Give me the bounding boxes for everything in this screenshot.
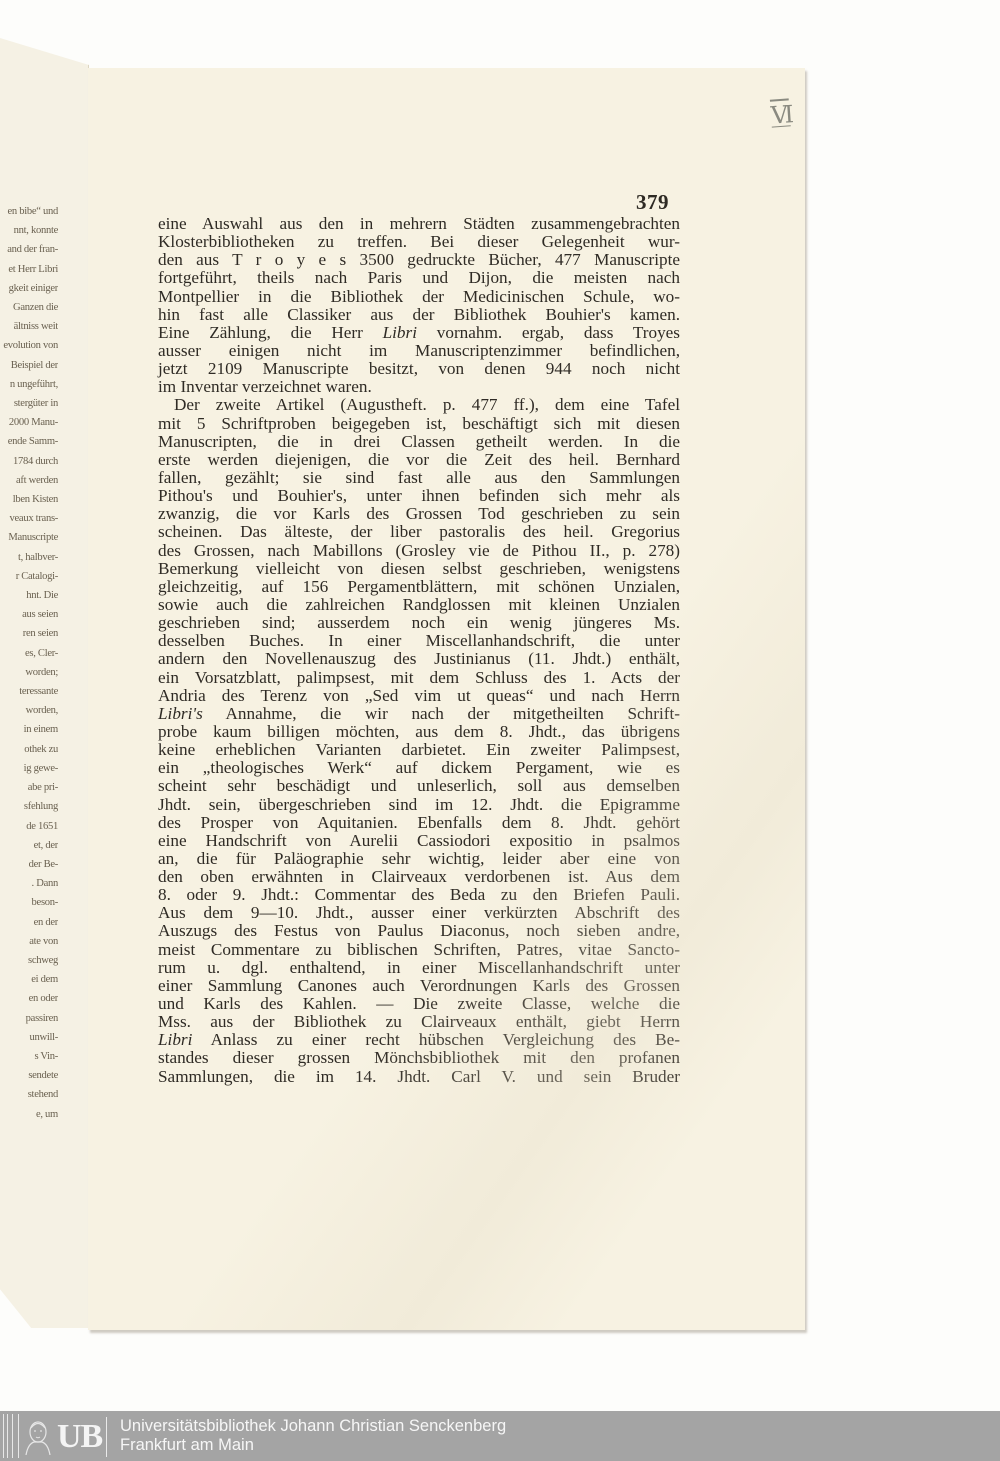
goethe-portrait-icon <box>24 1419 52 1455</box>
text-line: einer Sammlung Canones auch Verordnungen… <box>158 977 680 995</box>
facing-page-line: Manuscripte <box>0 528 58 547</box>
document-page: VI 379 eine Auswahl aus den in mehrern S… <box>88 68 805 1330</box>
text-line: geschrieben sind; ausserdem noch ein wen… <box>158 614 680 632</box>
text-line: ausser einigen nicht im Manuscriptenzimm… <box>158 342 680 360</box>
text-line: Andria des Terenz von „Sed vim ut queas“… <box>158 687 680 705</box>
facing-page-text-fragments: en bibe“ undnnt, konnteand der fran-et H… <box>0 202 58 1124</box>
facing-page-line: ren seien <box>0 624 58 643</box>
text-line: den oben erwähnten in Clairveaux verdorb… <box>158 868 680 886</box>
facing-page-line: 2000 Manu- <box>0 413 58 432</box>
text-line: Montpellier in die Bibliothek der Medici… <box>158 288 680 306</box>
text-line: ein „theologisches Werk“ auf dickem Perg… <box>158 759 680 777</box>
facing-page-line: . Dann <box>0 874 58 893</box>
italic-name: Libri <box>383 323 417 342</box>
facing-page-line: es, Cler- <box>0 644 58 663</box>
text-line: fortgeführt, theils nach Paris und Dijon… <box>158 269 680 287</box>
facing-page-line: othek zu <box>0 740 58 759</box>
facing-page-line: passiren <box>0 1009 58 1028</box>
text-line: Libri's Annahme, die wir nach der mitget… <box>158 705 680 723</box>
facing-page-line: t, halbver- <box>0 548 58 567</box>
facing-page-line: aus seien <box>0 605 58 624</box>
text-line: probe kaum billigen möchten, aus dem 8. … <box>158 723 680 741</box>
library-logo[interactable]: UB <box>0 1411 108 1461</box>
facing-page-line: ende Samm- <box>0 432 58 451</box>
facing-page-line: stehend <box>0 1085 58 1104</box>
text-line: und Karls des Kahlen. — Die zweite Class… <box>158 995 680 1013</box>
text-line: des Prosper von Aquitanien. Ebenfalls de… <box>158 814 680 832</box>
facing-page-line: aft werden <box>0 471 58 490</box>
facing-page-line: en oder <box>0 989 58 1008</box>
facing-page-line: et Herr Libri <box>0 260 58 279</box>
facing-page-line: r Catalogi- <box>0 567 58 586</box>
text-line: Mss. aus der Bibliothek zu Clairveaux en… <box>158 1013 680 1031</box>
facing-page-line: ate von <box>0 932 58 951</box>
facing-page-left: en bibe“ undnnt, konnteand der fran-et H… <box>0 38 89 1328</box>
facing-page-line: n ungeführt, <box>0 375 58 394</box>
facing-page-line: sfehlung <box>0 797 58 816</box>
text-line: Klosterbibliotheken zu treffen. Bei dies… <box>158 233 680 251</box>
facing-page-line: Beispiel der <box>0 356 58 375</box>
text-line: Auszugs des Festus von Paulus Diaconus, … <box>158 922 680 940</box>
text-line: Pithou's und Bouhier's, unter ihnen befi… <box>158 487 680 505</box>
facing-page-line: Ganzen die <box>0 298 58 317</box>
text-line: rum u. dgl. enthaltend, in einer Miscell… <box>158 959 680 977</box>
facing-page-line: veaux trans- <box>0 509 58 528</box>
text-line: jetzt 2109 Manuscripte besitzt, von dene… <box>158 360 680 378</box>
text-line: Sammlungen, die im 14. Jhdt. Carl V. und… <box>158 1068 680 1086</box>
text-line: im Inventar verzeichnet waren. <box>158 378 680 396</box>
facing-page-line: e, um <box>0 1105 58 1124</box>
facing-page-line: der Be- <box>0 855 58 874</box>
facing-page-line: ältniss weit <box>0 317 58 336</box>
text-line: Der zweite Artikel (Augustheft. p. 477 f… <box>158 396 680 414</box>
columns-logo-icon <box>3 1414 19 1458</box>
text-line: sowie auch die zahlreichen Randglossen m… <box>158 596 680 614</box>
facing-page-line: teressante <box>0 682 58 701</box>
body-text: eine Auswahl aus den in mehrern Städten … <box>158 215 680 1086</box>
facing-page-line: hnt. Die <box>0 586 58 605</box>
facing-page-line: worden, <box>0 701 58 720</box>
text-segment: Anlass zu einer recht hübschen Vergleich… <box>192 1030 680 1049</box>
facing-page-line: beson- <box>0 893 58 912</box>
page-number: 379 <box>636 190 669 215</box>
text-line: Eine Zählung, die Herr Libri vornahm. er… <box>158 324 680 342</box>
facing-page-line: ig gewe- <box>0 759 58 778</box>
text-line: den aus T r o y e s 3500 gedruckte Büche… <box>158 251 680 269</box>
text-line: standes dieser grossen Mönchsbibliothek … <box>158 1049 680 1067</box>
facing-page-line: unwill- <box>0 1028 58 1047</box>
facing-page-line: de 1651 <box>0 817 58 836</box>
facing-page-line: schweg <box>0 951 58 970</box>
facing-page-line: worden; <box>0 663 58 682</box>
text-line: eine Handschrift von Aurelii Cassiodori … <box>158 832 680 850</box>
text-line: 8. oder 9. Jhdt.: Commentar des Beda zu … <box>158 886 680 904</box>
text-segment: Eine Zählung, die Herr <box>158 323 383 342</box>
text-line: erste werden diejenigen, die vor die Zei… <box>158 451 680 469</box>
text-line: ein Vorsatzblatt, palimpsest, mit dem Sc… <box>158 669 680 687</box>
text-line: desselben Buches. In einer Miscellanhand… <box>158 632 680 650</box>
text-line: zwanzig, die vor Karls des Grossen Tod g… <box>158 505 680 523</box>
facing-page-line: 1784 durch <box>0 452 58 471</box>
text-line: an, die für Paläographie sehr wichtig, l… <box>158 850 680 868</box>
text-segment: Annahme, die wir nach der mitgetheilten … <box>203 704 680 723</box>
text-line: gleichzeitig, auf 156 Pergamentblättern,… <box>158 578 680 596</box>
text-line: des Grossen, nach Mabillons (Grosley vie… <box>158 542 680 560</box>
facing-page-line: evolution von <box>0 336 58 355</box>
facing-page-line: lben Kisten <box>0 490 58 509</box>
text-line: meist Commentare zu biblischen Schriften… <box>158 941 680 959</box>
text-line: Bemerkung vielleicht von diesen selbst g… <box>158 560 680 578</box>
facing-page-line: et, der <box>0 836 58 855</box>
facing-page-line: stergüter in <box>0 394 58 413</box>
logo-divider <box>106 1417 107 1457</box>
text-line: Manuscripten, die in drei Classen gethei… <box>158 433 680 451</box>
text-line: eine Auswahl aus den in mehrern Städten … <box>158 215 680 233</box>
facing-page-line: abe pri- <box>0 778 58 797</box>
text-line: hin fast alle Classiker aus der Biblioth… <box>158 306 680 324</box>
facing-page-line: ei dem <box>0 970 58 989</box>
ub-logo-text: UB <box>57 1417 102 1457</box>
institution-name-line1: Universitätsbibliothek Johann Christian … <box>120 1417 506 1436</box>
facing-page-line: and der fran- <box>0 240 58 259</box>
institution-name: Universitätsbibliothek Johann Christian … <box>120 1417 506 1455</box>
facing-page-line: en der <box>0 913 58 932</box>
text-line: scheint sehr beschädigt und unleserlich,… <box>158 777 680 795</box>
text-line: keine erheblichen Varianten darbietet. E… <box>158 741 680 759</box>
facing-page-line: sendete <box>0 1066 58 1085</box>
text-line: Aus dem 9—10. Jhdt., ausser einer verkür… <box>158 904 680 922</box>
library-footer-bar: UB Universitätsbibliothek Johann Christi… <box>0 1411 1000 1461</box>
facing-page-line: en bibe“ und <box>0 202 58 221</box>
text-line: andern den Novellenauszug des Justinianu… <box>158 650 680 668</box>
facing-page-line: nnt, konnte <box>0 221 58 240</box>
text-line: Libri Anlass zu einer recht hübschen Ver… <box>158 1031 680 1049</box>
text-line: fallen, gezählt; sie sind fast alle aus … <box>158 469 680 487</box>
text-line: scheinen. Das älteste, der liber pastora… <box>158 523 680 541</box>
text-line: mit 5 Schriftproben beigegeben ist, besc… <box>158 415 680 433</box>
institution-name-line2: Frankfurt am Main <box>120 1436 506 1455</box>
text-line: Jhdt. sein, übergeschrieben sind im 12. … <box>158 796 680 814</box>
facing-page-line: s Vin- <box>0 1047 58 1066</box>
italic-name: Libri <box>158 1030 192 1049</box>
pencil-folio-mark: VI <box>770 103 790 127</box>
italic-name: Libri's <box>158 704 203 723</box>
facing-page-line: in einem <box>0 720 58 739</box>
facing-page-line: gkeit einiger <box>0 279 58 298</box>
text-segment: vornahm. ergab, dass Troyes <box>417 323 680 342</box>
